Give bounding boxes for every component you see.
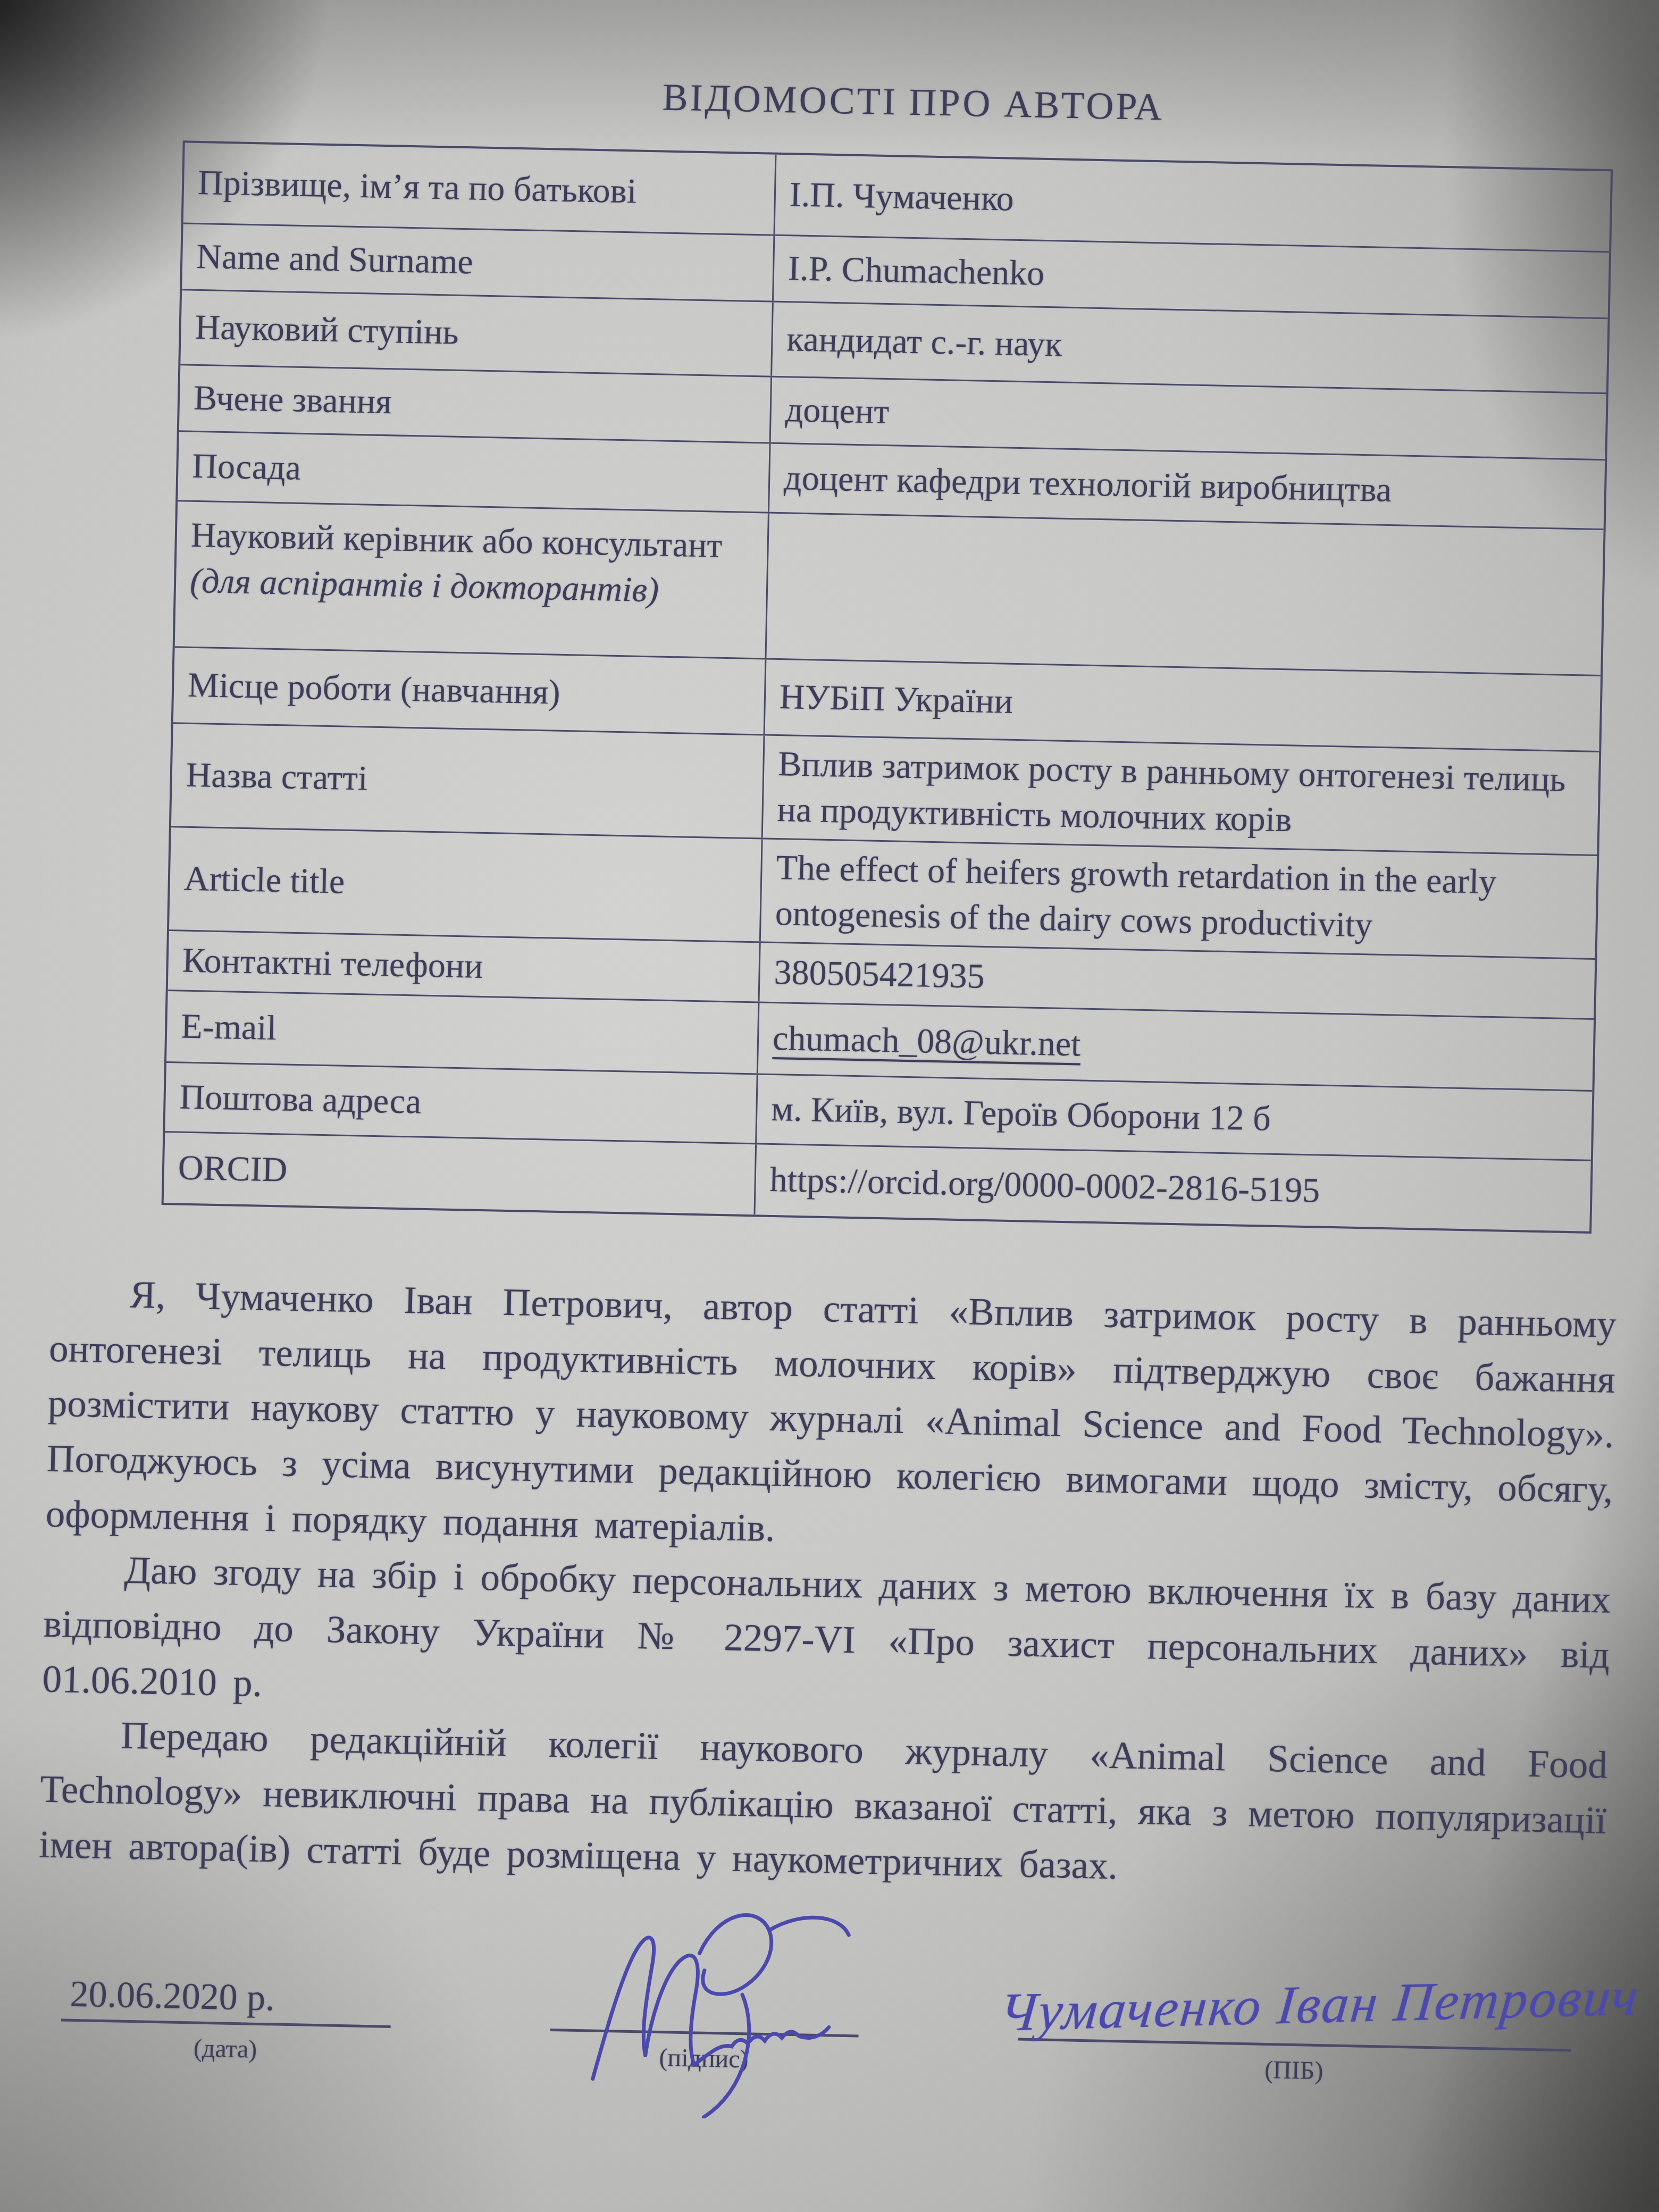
statement-paragraphs: Я, Чумаченко Іван Петрович, автор статті… <box>38 1266 1616 1903</box>
row-value <box>766 514 1603 675</box>
paragraph-data-consent: Даю згоду на збір і обробку персональних… <box>42 1541 1612 1738</box>
handwritten-name: Чумаченко Іван Петрович <box>996 1965 1642 2044</box>
row-label: Name and Surname <box>182 224 775 300</box>
row-label: Науковий керівник або консультант (для а… <box>175 501 769 658</box>
row-label: Посада <box>178 432 770 512</box>
row-label: ORCID <box>164 1133 757 1214</box>
name-caption: (ПІБ) <box>1017 2050 1571 2091</box>
row-label: Поштова адреса <box>165 1063 758 1143</box>
handwritten-signature-icon <box>564 1887 856 2122</box>
row-label: Контактні телефони <box>168 931 761 1001</box>
signature-date: 20.06.2020 р. <box>70 1974 275 2019</box>
signature-line <box>550 2023 859 2038</box>
row-value: Вплив затримок росту в ранньому онтогене… <box>763 736 1599 854</box>
row-label: Прізвище, ім’я та по батькові <box>183 143 777 234</box>
row-label: Науковий ступінь <box>180 290 774 375</box>
row-label: Назва статті <box>171 724 765 837</box>
date-caption: (дата) <box>60 2031 390 2067</box>
paragraph-author-statement: Я, Чумаченко Іван Петрович, автор статті… <box>45 1266 1617 1572</box>
date-block: 20.06.2020 р. (дата) <box>60 1973 391 2067</box>
author-table: Прізвище, ім’я та по батькові І.П. Чумач… <box>162 140 1613 1234</box>
sign-caption: (підпис) <box>549 2041 858 2076</box>
row-label: Вчене звання <box>179 365 772 442</box>
page-title: ВІДОМОСТІ ПРО АВТОРА <box>83 64 1659 141</box>
row-label: E-mail <box>166 991 759 1073</box>
row-value: The effect of heifers growth retardation… <box>761 839 1597 958</box>
document-sheet: ВІДОМОСТІ ПРО АВТОРА Прізвище, ім’я та п… <box>0 0 1659 2092</box>
row-label: Article title <box>169 827 763 941</box>
row-label: Місце роботи (навчання) <box>173 648 767 734</box>
photo-background: ВІДОМОСТІ ПРО АВТОРА Прізвище, ім’я та п… <box>0 0 1659 2212</box>
signature-section: 20.06.2020 р. (дата) (підпис) <box>60 1973 1572 2091</box>
signature-block: (підпис) <box>549 2023 859 2076</box>
name-block: Чумаченко Іван Петрович (ПІБ) <box>1017 2033 1571 2091</box>
row-value: І.П. Чумаченко <box>775 155 1611 251</box>
table-row: Науковий керівник або консультант (для а… <box>175 501 1604 676</box>
name-line: Чумаченко Іван Петрович <box>1018 2033 1571 2052</box>
paragraph-rights-transfer: Передаю редакційній колегії наукового жу… <box>38 1706 1608 1903</box>
date-line: 20.06.2020 р. <box>61 1973 392 2028</box>
